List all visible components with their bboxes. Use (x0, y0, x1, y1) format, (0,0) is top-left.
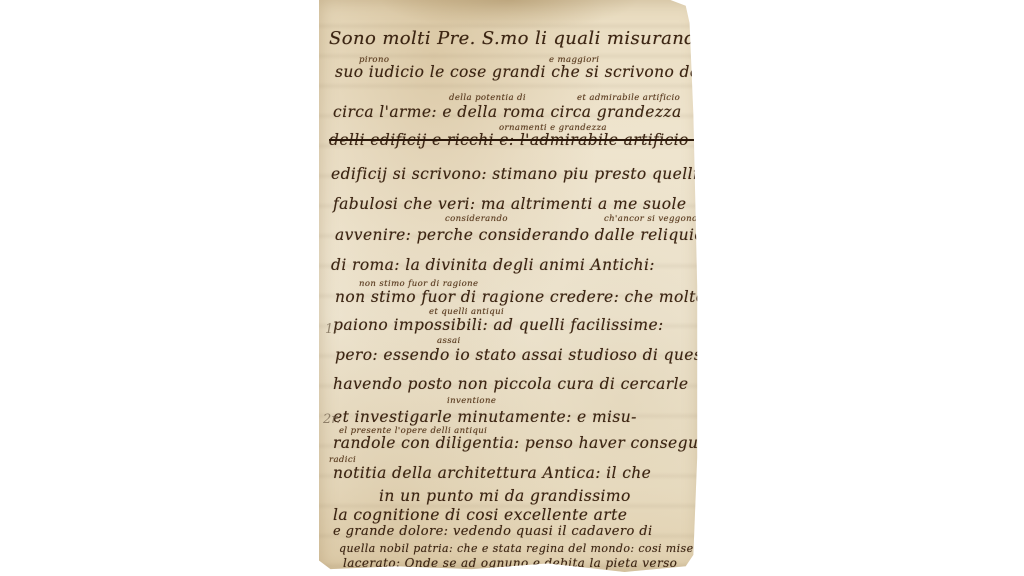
manuscript-line-7: avvenire: perche considerando dalle reli… (335, 226, 798, 244)
interlinear-note: ch'ancor si veggono (604, 214, 698, 224)
water-stain (379, 0, 639, 30)
manuscript-line-15: notitia della architettura Antica: il ch… (333, 464, 651, 482)
image-canvas: Sono molti Pre. S.mo li quali misurando … (0, 0, 1024, 576)
manuscript-line-11: pero: essendo io stato assai studioso di… (335, 346, 810, 364)
manuscript-line-2: suo iudicio le cose grandi che si scrivo… (335, 63, 779, 81)
interlinear-note: inventione (447, 396, 496, 406)
interlinear-note: non stimo fuor di ragione (359, 279, 478, 289)
manuscript-line-10: paiono impossibili: ad quelli facilissim… (333, 316, 664, 334)
interlinear-note: et quelli antiqui (429, 307, 504, 317)
margin-note: 1. (325, 322, 337, 337)
manuscript-line-5: edificij si scrivono: stimano piu presto… (331, 165, 698, 183)
manuscript-line-13: et investigarle minutamente: e misu- (333, 408, 637, 426)
interlinear-note: ornamenti e grandezza (499, 123, 607, 133)
interlinear-note: el presente l'opere delli antiqui (339, 426, 487, 436)
manuscript-line-18: e grande dolore: vedendo quasi il cadave… (333, 524, 653, 539)
manuscript-line-6: fabulosi che veri: ma altrimenti a me su… (333, 195, 686, 213)
manuscript-line-20: lacerato: Onde se ad ognuno e debita la … (343, 556, 677, 570)
interlinear-note: assai (437, 336, 461, 346)
interlinear-note: della potentia di (449, 93, 526, 103)
manuscript-line-16: in un punto mi da grandissimo (379, 487, 631, 505)
manuscript-line-14: randole con diligentia: penso haver cons… (333, 434, 790, 452)
manuscript-line-8: di roma: la divinita degli animi Antichi… (331, 256, 655, 274)
interlinear-note: et admirabile artificio (577, 93, 680, 103)
manuscript-line-12: havendo posto non piccola cura di cercar… (333, 375, 689, 393)
manuscript-line-4: delli edificij e ricchi e: l'admirabile … (329, 131, 730, 149)
manuscript-line-17: la cognitione di cosi excellente arte (333, 506, 627, 524)
manuscript-line-3: circa l'arme: e della roma circa grandez… (333, 103, 682, 121)
manuscript-line-1: Sono molti Pre. S.mo li quali misurando … (329, 28, 741, 49)
interlinear-note: considerando (445, 214, 508, 224)
interlinear-note: pirono (359, 55, 389, 65)
manuscript-page: Sono molti Pre. S.mo li quali misurando … (319, 0, 701, 572)
manuscript-line-19: quella nobil patria: che e stata regina … (339, 542, 743, 555)
margin-note: 2r. (323, 412, 340, 427)
interlinear-note: radici (329, 455, 356, 465)
manuscript-line-9: non stimo fuor di ragione credere: che m… (335, 288, 793, 306)
interlinear-note: e maggiori (549, 55, 599, 65)
